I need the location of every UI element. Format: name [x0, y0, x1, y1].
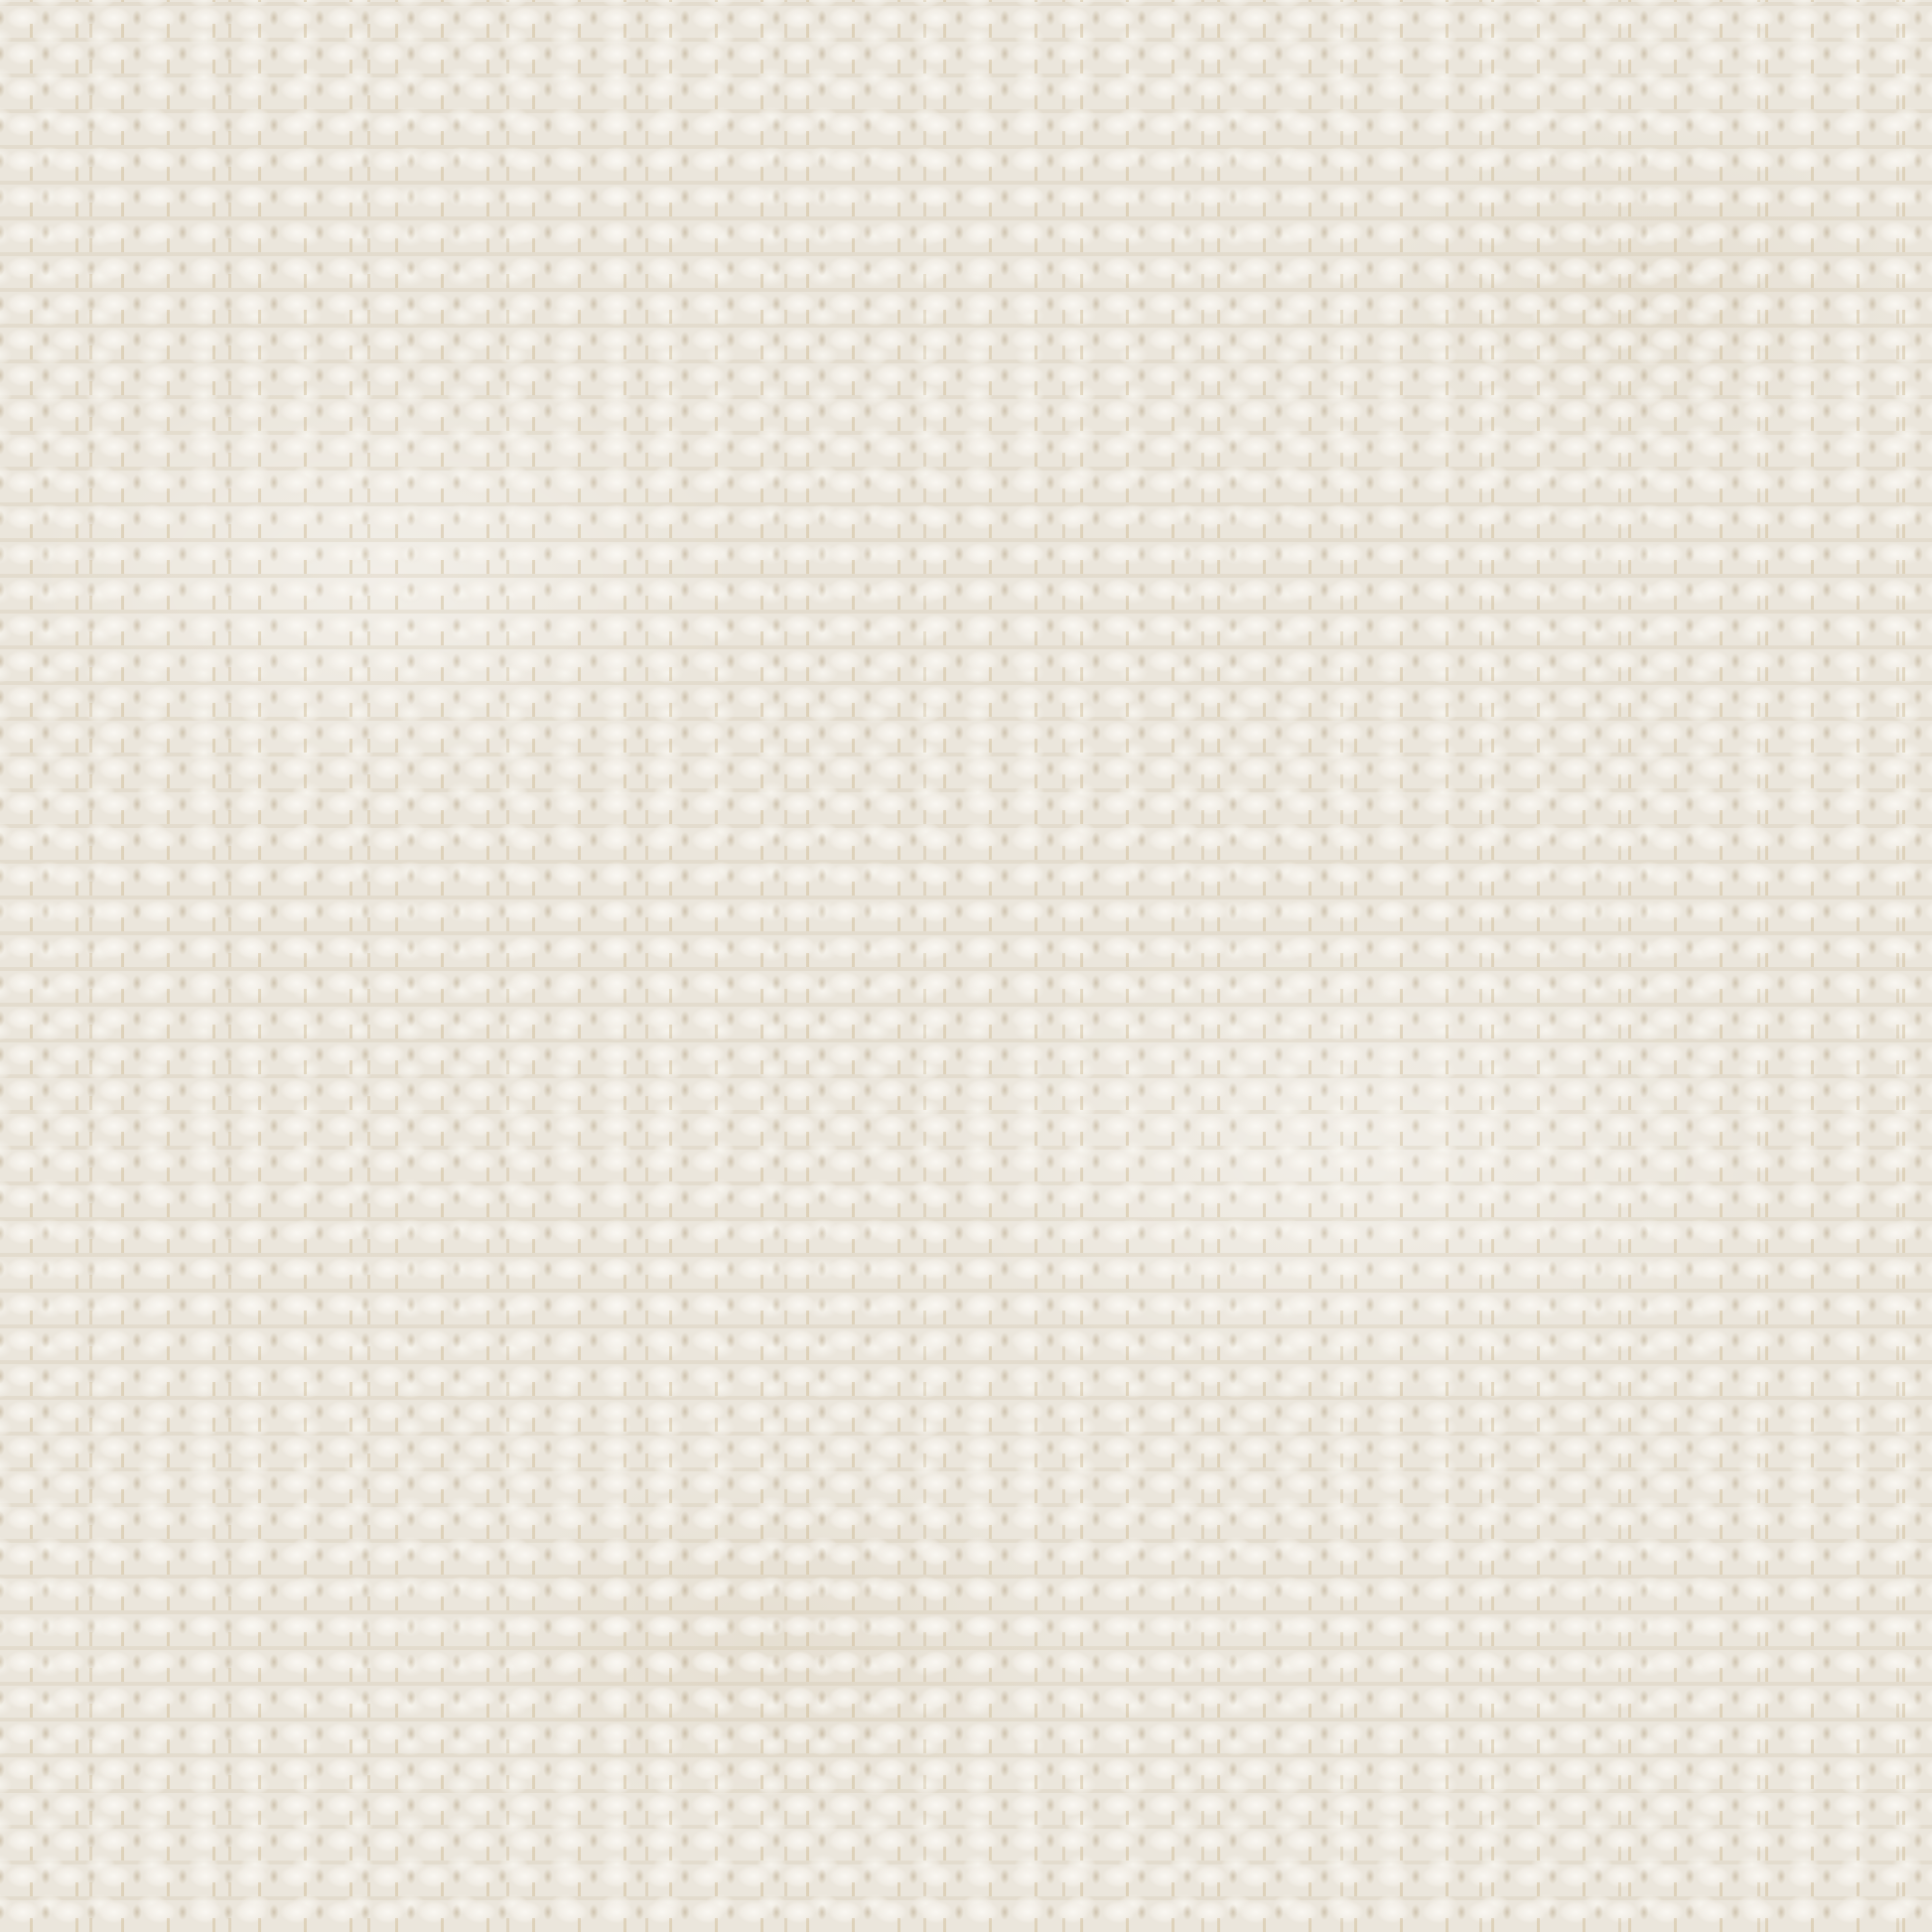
fabric-texture	[0, 0, 1932, 1932]
fabric-warp-thread-layer	[0, 0, 1932, 1932]
